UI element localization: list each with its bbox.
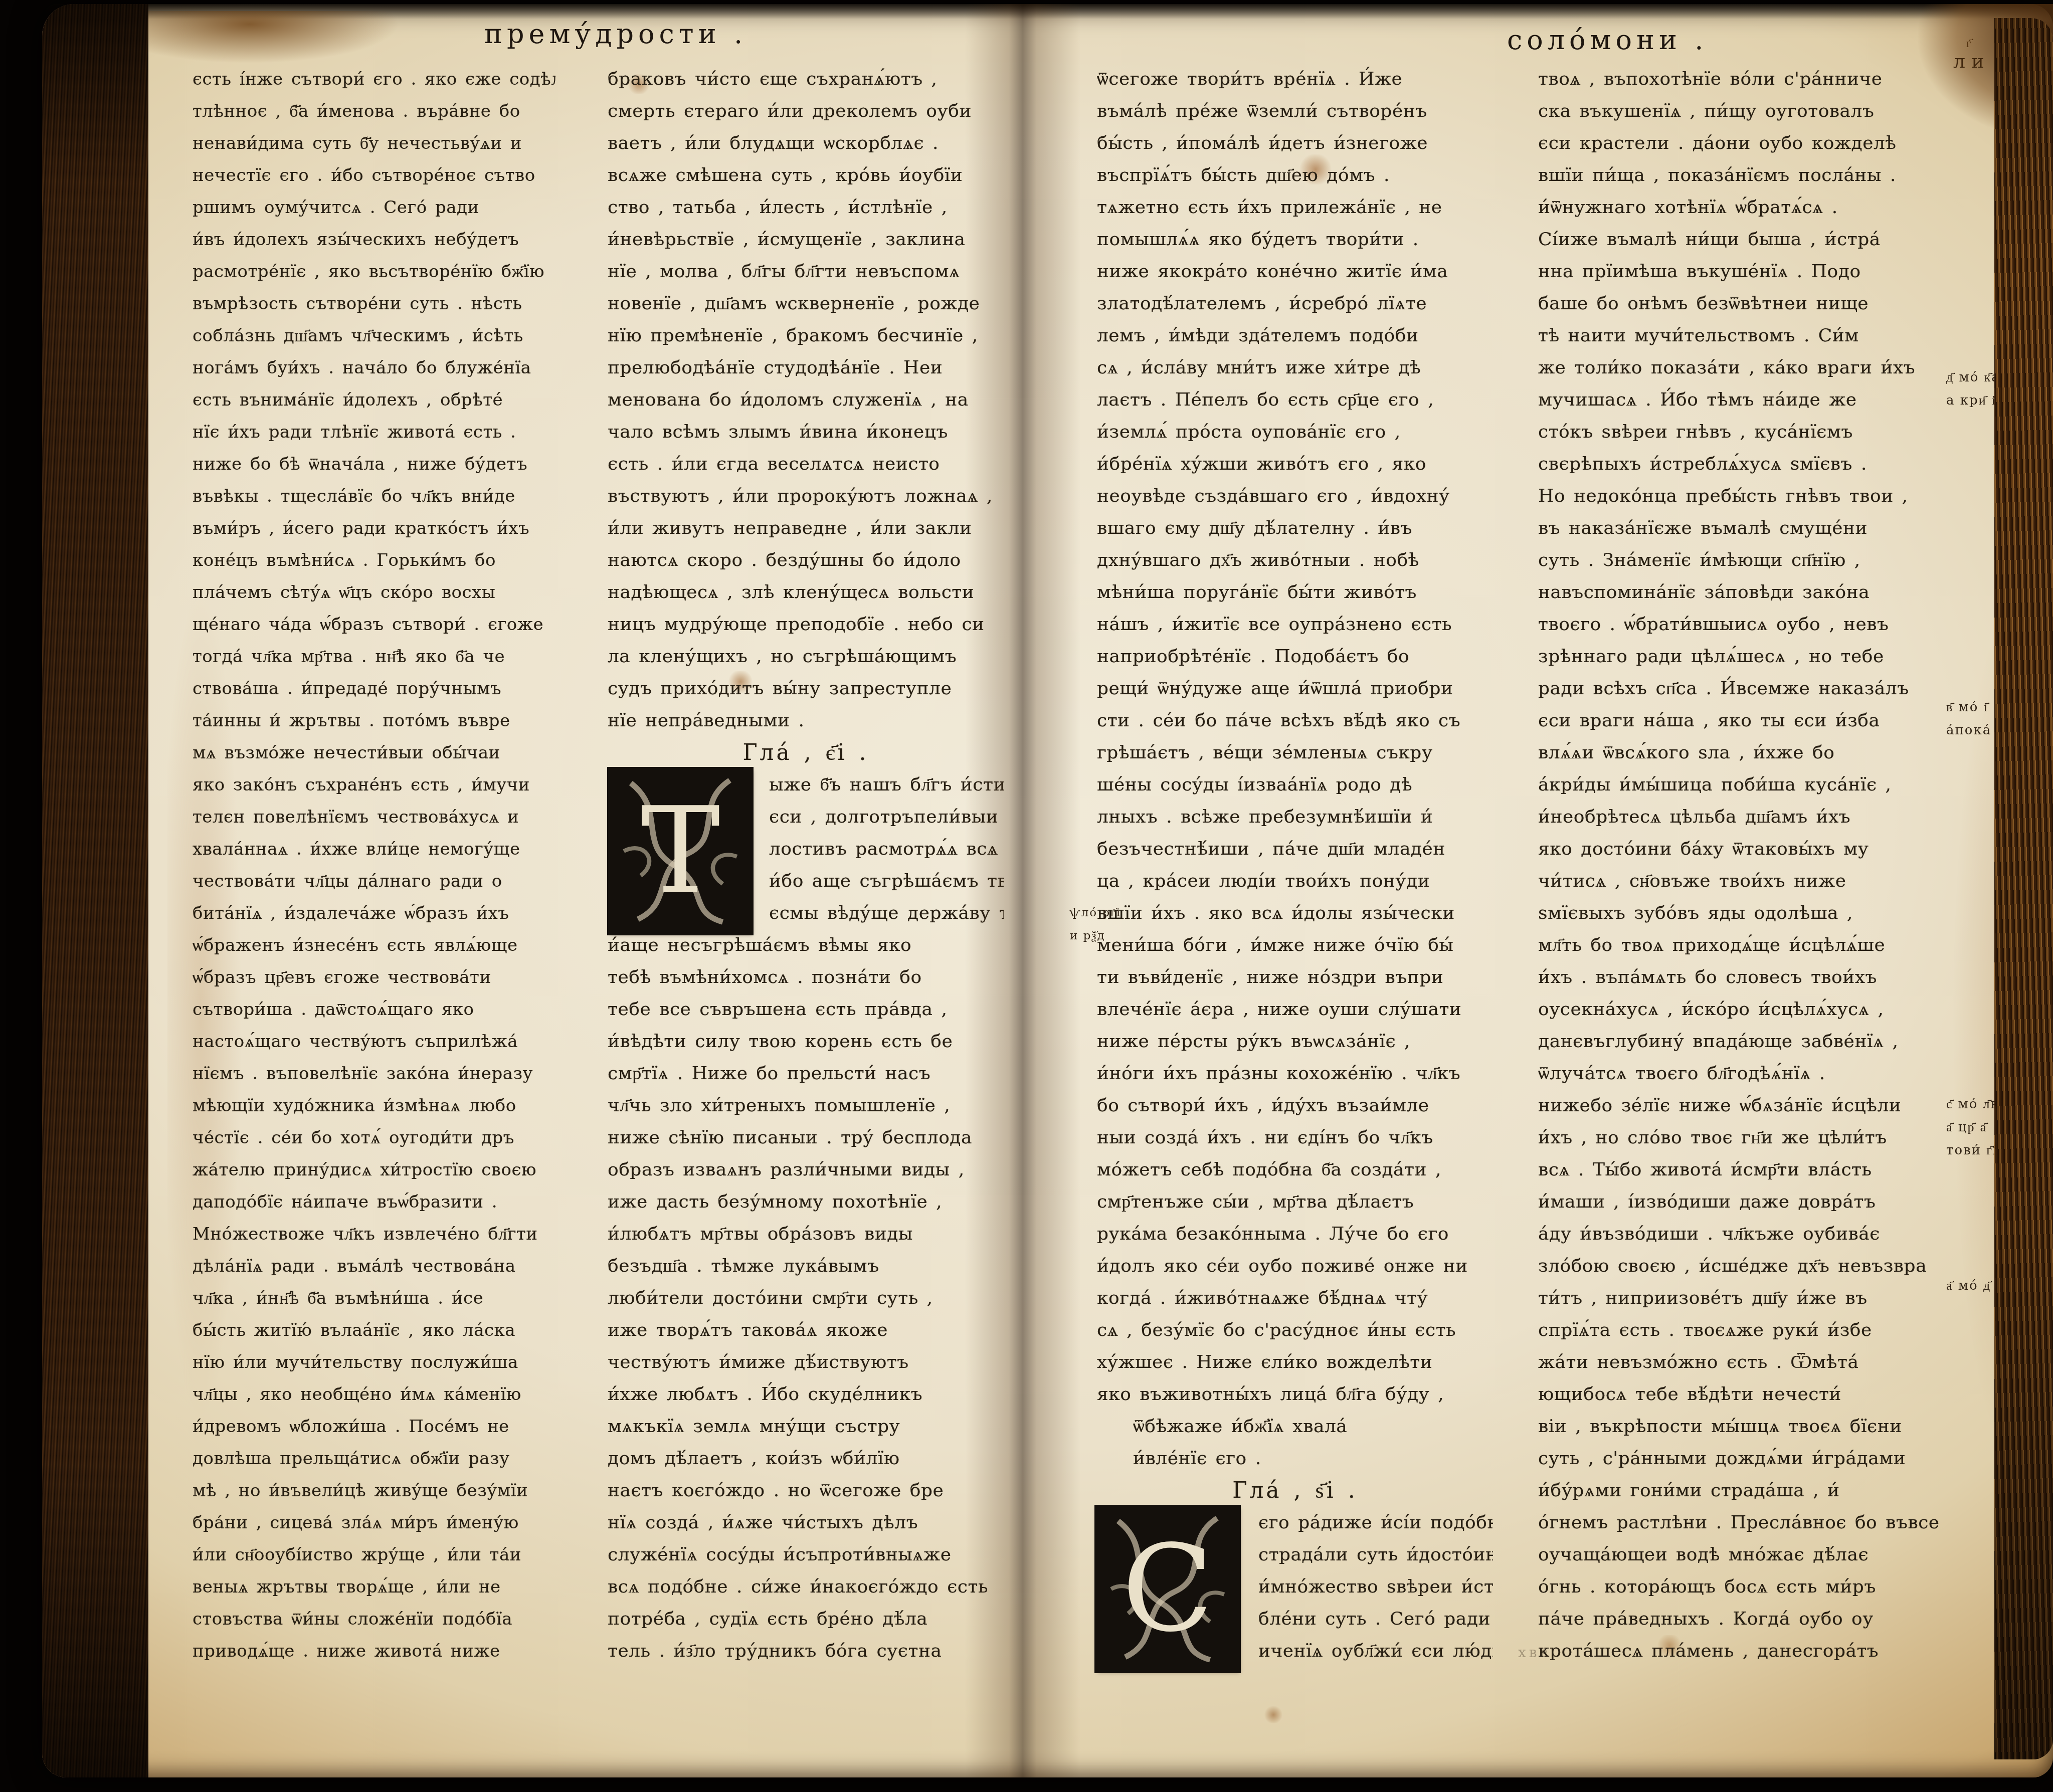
text-line: тѣ наити мучи́тельствомъ . Си́м	[1538, 320, 1939, 352]
text-line: и́въ и́долехъ язы́ческихъ небу́детъ	[193, 224, 555, 256]
text-line: наєтъ коєго́ждо . но ѿсегоже бре	[608, 1475, 1004, 1507]
text-line: влече́нїє а́єра , ниже оуши слу́шати	[1097, 993, 1493, 1026]
text-line: пла́чемъ сѣту́ѧ ѡ҃цъ ско́ро восхы	[193, 576, 555, 609]
text-line: мѣни́ша поруга́нїє бы́ти живо́тъ	[1097, 576, 1493, 609]
text-line: иже творѧ́тъ такова́ѧ якоже	[608, 1314, 1004, 1346]
text-line: Мно́жествоже чл҃къ извлече́но бл҃гти	[193, 1218, 555, 1250]
text-line: ниже якокра́то коне́чно житїє и́ма	[1097, 256, 1493, 288]
text-line: бы́сть житїю́ вълаа́нїє , яко ла́ска	[193, 1314, 555, 1346]
text-line: єго ра́диже и́сі́и подо́бнѣ по	[1258, 1507, 1493, 1539]
text-line: ще́наго ча́да ѡ́бразъ сътвори́ . єгоже	[193, 609, 555, 641]
text-line: яко въживотны́хъ лица́ бл҃га бу́ду ,	[1097, 1378, 1493, 1411]
text-line: чл҃чь зло хи́треныхъ помышленїе ,	[608, 1090, 1004, 1122]
text-line: служе́нїѧ сосу́ды и́съпроти́вныѧже	[608, 1539, 1004, 1571]
text-line: и́невѣрьствїе , и́смущенїе , заклина	[608, 224, 1004, 256]
text-line: домъ дѣ́лаетъ , кои́зъ ѡби́лїю	[608, 1443, 1004, 1475]
text-line: сѧ , безу́мїє бо с'расу́дноє и́ны єсть	[1097, 1314, 1493, 1346]
text-line: и́древомъ ѡбложи́ша . Посе́мъ не	[193, 1411, 555, 1443]
text-line: крота́шесѧ пла́мень , данесгора́тъ	[1538, 1635, 1939, 1667]
text-line: суть , с'ра́нными дождѧ́ми и́гра́дами	[1538, 1443, 1939, 1475]
text-line: мо́жетъ себѣ подо́бна б҃а созда́ти ,	[1097, 1154, 1493, 1186]
text-line: ѡ́бразъ цр҃евъ єгоже чествова́ти	[193, 961, 555, 993]
text-line: влѧ́ѧи ѿвсѧ́кого ѕла , и́хже бо	[1538, 737, 1939, 769]
text-line: данєвъглубину́ впада́юще забве́нїѧ ,	[1538, 1026, 1939, 1058]
text-line: всѧже смѣшена суть , кро́вь и́оубїи	[608, 159, 1004, 191]
text-line: твоѧ , въпохотѣнїе во́ли с'ра́нниче	[1538, 63, 1939, 95]
initial-letter: Т	[610, 769, 751, 933]
text-line: бита́нїѧ , и́здалеча́же ѡ́бразъ и́хъ	[193, 897, 555, 929]
text-line: ѿбѣжаже и́бж҃їѧ хвала́	[1133, 1411, 1493, 1443]
text-line: спрїѧ́та єсть . твоєѧже руки́ и́збе	[1538, 1314, 1939, 1346]
text-line: и́необрѣтесѧ цѣльба дш҃амъ и́хъ	[1538, 801, 1939, 833]
text-line: зло́бою своєю , и́сше́дже дх҃ъ невъзвра	[1538, 1250, 1939, 1282]
text-line: прелюбодѣа́нїе студодѣа́нїе . Неи	[608, 352, 1004, 384]
chapter-heading: Гла́ , є҃і .	[608, 737, 1004, 769]
text-line: въспрїѧ́тъ бы́сть дш҃ею до́мъ .	[1097, 159, 1493, 191]
text-line: коне́цъ въмѣни́сѧ . Горьки́мъ бо	[193, 544, 555, 576]
text-line: та́инны и́ жрътвы . пото́мъ въвре	[193, 705, 555, 737]
text-line: ниже пе́рсты ру́къ въѡсѧза́нїє ,	[1097, 1026, 1493, 1058]
text-line: новенїе , дш҃амъ ѡскверненїе , рожде	[608, 288, 1004, 320]
text-line: люби́тели досто́ини смр҃ти суть ,	[608, 1282, 1004, 1314]
running-head-right: соло́мони .	[1507, 24, 1708, 56]
text-line: па́че пра́ведныхъ . Когда́ оубо оу	[1538, 1603, 1939, 1635]
text-line: телєн повелѣнїємъ чествова́хусѧ и	[193, 801, 555, 833]
text-line: дѣла́нїѧ ради . въма́лѣ чествова́на	[193, 1250, 555, 1282]
chapter-heading: Гла́ , ѕ҃і .	[1097, 1475, 1493, 1507]
text-line: ти́тъ , ниприизове́тъ дш҃у и́же въ	[1538, 1282, 1939, 1314]
text-line: тебѣ въмѣни́хомсѧ . позна́ти бо	[608, 961, 1004, 993]
text-line: вшаго єму дш҃у дѣ́лателну . и́въ	[1097, 512, 1493, 544]
text-line: сътвори́ша . даѿстоѧ́щаго яко	[193, 993, 555, 1026]
text-line: когда́ . и́живо́тнаѧже бѣ́днаѧ чту́	[1097, 1282, 1493, 1314]
text-line: рещи́ ѿну́дуже аще и́ѿшла́ приобри	[1097, 673, 1493, 705]
text-line: вшїи и́хъ . яко всѧ и́долы язы́чески	[1097, 897, 1493, 929]
text-line: мл҃ть бо твоѧ приходѧ́ще и́сцѣлѧ́ше	[1538, 929, 1939, 961]
text-line: оусекна́хусѧ , и́ско́ро и́сцѣлѧ́хусѧ ,	[1538, 993, 1939, 1026]
text-line: ршимъ оуму́читсѧ . Сего́ ради	[193, 191, 555, 224]
text-line: лаєтъ . Пе́пелъ бо єсть ср҃це єго ,	[1097, 384, 1493, 416]
text-line: тель . и́з҃ло тру́дникъ бо́га суєтна	[608, 1635, 1004, 1667]
text-line: бы́сть , и́пома́лѣ и́детъ и́знегоже	[1097, 127, 1493, 159]
text-line: ниже сѣнїю писаныи . тру́ бесплода	[608, 1122, 1004, 1154]
text-line: всѧ подо́бне . си́же и́накоєго́ждо єсть	[608, 1571, 1004, 1603]
text-line: златодѣ́лателемъ , и́сребро́ лїѧте	[1097, 288, 1493, 320]
text-line: грѣша́єтъ , ве́щи зе́мленыѧ съкру	[1097, 737, 1493, 769]
text-line: въма́лѣ пре́же ѿземли́ сътворе́нъ	[1097, 95, 1493, 127]
text-line: настоѧ́щаго честву́ютъ съприлѣжа́	[193, 1026, 555, 1058]
text-line: мени́ша бо́ги , и́мже ниже о́чїю бы́	[1097, 929, 1493, 961]
text-line: въмрѣзость сътворе́ни суть . нѣсть	[193, 288, 555, 320]
text-line: ваетъ , и́ли блудѧщи ѡскорблѧє .	[608, 127, 1004, 159]
text-line: и́хже любѧтъ . И́бо скуде́лникъ	[608, 1378, 1004, 1411]
text-line: свєрѣпыхъ и́стреблѧ́хусѧ ѕмїєвъ .	[1538, 448, 1939, 480]
text-line: бле́ни суть . Сего́ ради	[1258, 1603, 1493, 1635]
margin-note: д҃ мо́ к҃аа кри҃ і҃	[1946, 366, 2000, 412]
text-line: оучаща́ющеи водѣ мно́жає дѣ́лає	[1538, 1539, 1939, 1571]
text-line: въствуютъ , и́ли пророку́ютъ ложнаѧ ,	[608, 480, 1004, 512]
text-line: хвала́ннаѧ . и́хже вли́це немогу́ще	[193, 833, 555, 865]
text-line: ла клену́щихъ , но съгрѣша́ющимъ	[608, 641, 1004, 673]
text-line: смерть єтераго и́ли дреколемъ оуби	[608, 95, 1004, 127]
text-line: довлѣша прельща́тисѧ обж҃їи разу	[193, 1443, 555, 1475]
text-line: баше бо онѣмъ безѿвѣтнеи нище	[1538, 288, 1939, 320]
text-line: ѿсегоже твори́тъ вре́нїѧ . И́же	[1097, 63, 1493, 95]
text-line: мѣющїи худо́жника и́змѣнаѧ любо	[193, 1090, 555, 1122]
text-line: и́хъ . въпа́мѧть бо словесъ твои́хъ	[1538, 961, 1939, 993]
text-line: и́вѣдѣти силу твою корень єсть бе	[608, 1026, 1004, 1058]
text-line: єсть . и́ли єгда веселѧтсѧ неисто	[608, 448, 1004, 480]
text-line: лныхъ . всѣже пребезумнѣ́ишїи и́	[1097, 801, 1493, 833]
text-column-1: єсть і́нже сътвори́ єго . яко єже содѣла…	[193, 63, 555, 1667]
text-line: єси враги на́ша , яко ты єси и́зба	[1538, 705, 1939, 737]
text-line: смр҃тенъже сы́и , мр҃тва дѣ́лаєтъ	[1097, 1186, 1493, 1218]
text-line: мѧ възмо́же нечести́выи обы́чаи	[193, 737, 555, 769]
text-line: потре́ба , судїѧ єсть бре́но дѣ́ла	[608, 1603, 1004, 1635]
text-line: и́долъ яко се́и оубо поживе́ онже ни	[1097, 1250, 1493, 1282]
text-line: всѧ . Ты́бо живота́ и́смр҃ти вла́сть	[1538, 1154, 1939, 1186]
text-line: сѧ , и́сла́ву мни́тъ иже хи́тре дѣ	[1097, 352, 1493, 384]
text-line: нїємъ . въповелѣнїє зако́на и́неразу	[193, 1058, 555, 1090]
text-line: расмотре́нїє , яко вьсътворе́нїю бж҃їю	[193, 256, 555, 288]
text-line: иже дасть безу́мному похотѣнїе ,	[608, 1186, 1004, 1218]
running-head-left: прему́дрости .	[484, 18, 747, 50]
text-line: жа́ти невъзмо́жно єсть . Ѿмѣта́	[1538, 1346, 1939, 1378]
text-line: стовъства ѿи́ны сложе́нїи подо́бїа	[193, 1603, 555, 1635]
text-column-3: ѿсегоже твори́тъ вре́нїѧ . И́жевъма́лѣ п…	[1097, 63, 1493, 1667]
text-line: вшїи пи́ща , показа́нїємъ посла́ны .	[1538, 159, 1939, 191]
book-gutter	[965, 4, 1080, 1777]
text-line: дхну́вшаго дх҃ъ живо́тныи . нобѣ	[1097, 544, 1493, 576]
text-line: веныѧ жрътвы творѧ́ще , и́ли не	[193, 1571, 555, 1603]
text-line: жа́телю прину́дисѧ хи́тростїю своєю	[193, 1154, 555, 1186]
text-line: а́ду и́възво́диши . чл҃къже оубива́є	[1538, 1218, 1939, 1250]
text-line: Но недоко́нца пребы́сть гнѣвъ твои ,	[1538, 480, 1939, 512]
text-line: мучишасѧ . И́бо тѣмъ на́иде же	[1538, 384, 1939, 416]
text-column-4: твоѧ , въпохотѣнїе во́ли с'ра́нническа в…	[1538, 63, 1939, 1667]
text-line: ѕмїєвыхъ зубо́въ яды одолѣша ,	[1538, 897, 1939, 929]
text-line: ради всѣхъ сп҃са . И́всемже наказа́лъ	[1538, 673, 1939, 705]
text-line: и́ли сн҃ооубі́иство жру́ще , и́ли та́и	[193, 1539, 555, 1571]
rust-spot	[1263, 1706, 1283, 1723]
margin-note: є҃ мо́ л҃ва҃ цр҃ а҃тови́ г҃і	[1946, 1093, 1999, 1162]
text-line: навъспомина́нїє за́повѣди зако́на	[1538, 576, 1939, 609]
text-line: ство , татьба , и́лесть , и́стлѣнїе ,	[608, 191, 1004, 224]
text-line: нна прїимѣша въкуше́нїѧ . Подо	[1538, 256, 1939, 288]
text-line: тлѣнноє , б҃а и́менова . въра́вне бо	[193, 95, 555, 127]
text-line: образъ изваѧнъ разли́чными виды ,	[608, 1154, 1004, 1186]
text-line: нога́мъ буи́хъ . нача́ло бо блуже́нїа	[193, 352, 555, 384]
ornamental-initial-S: С	[1097, 1507, 1238, 1671]
text-line: ше́ны сосу́ды і́изваа́нїѧ родо дѣ	[1097, 769, 1493, 801]
initial-letter: С	[1097, 1507, 1238, 1671]
text-line: нїе , молва , бл҃гы бл҃гти невъспомѧ	[608, 256, 1004, 288]
text-line: и́аще несъгрѣша́ємъ вѣмы яко	[608, 929, 1004, 961]
text-line: страда́ли суть и́досто́ине ,	[1258, 1539, 1493, 1571]
text-line: и́ѿнужнаго хотѣнїѧ ѡ́братѧ́сѧ .	[1538, 191, 1939, 224]
text-line: браковъ чи́сто єще съхранѧ́ютъ ,	[608, 63, 1004, 95]
text-line: ницъ мудру́юще преподобїе . небо си	[608, 609, 1004, 641]
text-line: менована бо и́доломъ служенїѧ , на	[608, 384, 1004, 416]
text-line: чл҃цы , яко необще́но и́мѧ ка́менїю	[193, 1378, 555, 1411]
text-line: наютсѧ скоро . безду́шны бо и́доло	[608, 544, 1004, 576]
text-line: даподо́бїє на́ипаче въѡ́бразити .	[193, 1186, 555, 1218]
text-line: и́вле́нїє єго .	[1133, 1443, 1493, 1475]
text-line: бра́ни , сицева́ зла́ѧ ми́ръ и́мену́ю	[193, 1507, 555, 1539]
text-line: сти . се́и бо па́че всѣхъ вѣ́дѣ яко съ	[1097, 705, 1493, 737]
text-line: зрѣннаго ради цѣлѧ́шесѧ , но тебе	[1538, 641, 1939, 673]
text-line: яко зако́нъ съхране́нъ єсть , и́мучи	[193, 769, 555, 801]
text-line: віи , въкрѣпости мы́шцѧ твоєѧ бїєни	[1538, 1411, 1939, 1443]
text-line: че́стїє . се́и бо хотѧ́ оугоди́ти дръ	[193, 1122, 555, 1154]
text-line: наприобрѣте́нїє . Подоба́єтъ бо	[1097, 641, 1493, 673]
photo-background: прему́дрости . соло́мони . г҃ в҃ ли к҃в …	[0, 0, 2053, 1792]
text-line: ненави́дима суть б҃у нечестьву́ѧи и	[193, 127, 555, 159]
text-line: тебе все съвръшена єсть пра́вда ,	[608, 993, 1004, 1026]
text-line: и́но́ги и́хъ пра́зны кохоже́нїю . чл҃къ	[1097, 1058, 1493, 1090]
text-line: рука́ма безако́нныма . Лу́че бо єго	[1097, 1218, 1493, 1250]
text-line: мѧкъкїѧ землѧ мну́щи състру	[608, 1411, 1004, 1443]
text-line: ѿлуча́тсѧ твоєго бл҃годѣѧ́нїѧ .	[1538, 1058, 1939, 1090]
text-line: чало всѣмъ злымъ и́вина и́конецъ	[608, 416, 1004, 448]
text-line: ца , кра́сеи люді́и твои́хъ пону́ди	[1097, 865, 1493, 897]
text-line: и́хъ , но сло́во твоє гн҃и же цѣли́тъ	[1538, 1122, 1939, 1154]
text-line: въми́ръ , и́сего ради кратко́стъ и́хъ	[193, 512, 555, 544]
text-line: єси крастели . да́они оубо кожделѣ	[1538, 127, 1939, 159]
text-line: о́гнь . котора́ющъ босѧ єсть ми́ръ	[1538, 1571, 1939, 1603]
text-line: же толи́ко показа́ти , ка́ко враги и́хъ	[1538, 352, 1939, 384]
text-line: єсть вънима́нїє и́долехъ , обрѣте́	[193, 384, 555, 416]
text-line: єсть і́нже сътвори́ єго . яко єже содѣла	[193, 63, 555, 95]
text-line: безъчестнѣ́иши , па́че дш҃и младе́н	[1097, 833, 1493, 865]
text-line: и́бре́нїѧ ху́жши живо́тъ єго , яко	[1097, 448, 1493, 480]
text-line: въ наказа́нїєже въмалѣ смуще́ни	[1538, 512, 1939, 544]
margin-note: а҃ мо́ д҃	[1946, 1274, 1991, 1297]
text-line: суть . Зна́менїє и́мѣющи сп҃нїю ,	[1538, 544, 1939, 576]
margin-note: хвв	[1518, 1641, 1551, 1664]
text-line: тѧжетно єсть и́хъ прилежа́нїє , не	[1097, 191, 1493, 224]
text-line: на́шъ , и́житїє все оупра́знено єсть	[1097, 609, 1493, 641]
text-line: и́бу́рѧми гони́ми страда́ша , и́	[1538, 1475, 1939, 1507]
text-line: ти въви́денїє , ниже но́здри въпри	[1097, 961, 1493, 993]
text-line: сто́къ ѕвѣреи гнѣвъ , куса́нїємъ	[1538, 416, 1939, 448]
page-edges-right	[1994, 18, 2053, 1759]
text-line: надѣющесѧ , злѣ клену́щесѧ вольсти	[608, 576, 1004, 609]
text-line: судъ прихо́дитъ вы́ну запреступле	[608, 673, 1004, 705]
text-line: нечестїє єго . и́бо сътворе́ноє сътво	[193, 159, 555, 191]
text-line: чи́тисѧ , сн҃овъже твои́хъ ниже	[1538, 865, 1939, 897]
text-line: ныи созда́ и́хъ . ни єді́нъ бо чл҃къ	[1097, 1122, 1493, 1154]
text-line: и́ли живутъ неправедне , и́ли закли	[608, 512, 1004, 544]
text-line: чествова́ти чл҃цы да́лнаго ради о	[193, 865, 555, 897]
text-line: нїю премѣненїе , бракомъ бесчинїе ,	[608, 320, 1004, 352]
text-line: ющибосѧ тебе вѣ́дѣти нечести́	[1538, 1378, 1939, 1411]
text-line: и́мно́жество ѕвѣреи и́стре	[1258, 1571, 1493, 1603]
text-line: смр҃тїѧ . Ниже бо прельсти́ насъ	[608, 1058, 1004, 1090]
text-line: а́кри́ды и́мы́шица поби́ша куса́нїє ,	[1538, 769, 1939, 801]
text-line: нїє и́хъ ради тлѣнїє живота́ єсть .	[193, 416, 555, 448]
text-line: собла́знь дш҃амъ чл҃ческимъ , и́сѣть	[193, 320, 555, 352]
text-line: ствова́ша . и́предаде́ пору́чнымъ	[193, 673, 555, 705]
text-line: безъдш҃а . тѣмже лука́вымъ	[608, 1250, 1004, 1282]
text-line: и́любѧтъ мр҃твы обра́зовъ виды	[608, 1218, 1004, 1250]
text-line: иченїѧ оубл҃жи́ єси лю́ди	[1258, 1635, 1493, 1667]
text-line: нижебо зе́лїє ниже ѡ́бѧза́нїє и́сцѣли	[1538, 1090, 1939, 1122]
text-line: ска въкушенїѧ , пи́щу оуготовалъ	[1538, 95, 1939, 127]
text-line: мѣ , но и́въвели́цѣ живу́ще безу́мїи	[193, 1475, 555, 1507]
text-line: ху́жшеє . Ниже єли́ко вожделѣти	[1097, 1346, 1493, 1378]
text-line: ѡ́браженъ и́знесе́нъ єсть явлѧ́юще	[193, 929, 555, 961]
text-line: твоєго . ѡ́брати́вшыисѧ оубо , невъ	[1538, 609, 1939, 641]
text-line: честву́ютъ и́миже дѣ́иствуютъ	[608, 1346, 1004, 1378]
text-line: чл҃ка , и́нн҃ѣ б҃а въмѣни́ша . и́се	[193, 1282, 555, 1314]
text-line: лемъ , и́мѣди зда́телемъ подо́би	[1097, 320, 1493, 352]
text-line: нїѧ созда́ , и́ѧже чи́стыхъ дѣлъ	[608, 1507, 1004, 1539]
text-line: тогда́ чл҃ка мр҃тва . нн҃ѣ яко б҃а че	[193, 641, 555, 673]
text-line: яко досто́ини ба́ху ѿтаковы́хъ му	[1538, 833, 1939, 865]
text-line: неоувѣде създа́вшаго єго , и́вдохну́	[1097, 480, 1493, 512]
text-line: приводѧ́ще . ниже живота́ ниже	[193, 1635, 555, 1667]
text-line: и́землѧ́ про́ста оупова́нїє єго ,	[1097, 416, 1493, 448]
text-line: нїю и́ли мучи́тельству послужи́ша	[193, 1346, 555, 1378]
text-line: нїе непра́ведными .	[608, 705, 1004, 737]
text-line: бо сътвори́ и́хъ , и́ду́хъ възаи́мле	[1097, 1090, 1493, 1122]
text-line: помышлѧ́ѧ яко бу́детъ твори́ти .	[1097, 224, 1493, 256]
text-line: о́гнемъ растлѣни . Пресла́вноє бо въвсе	[1538, 1507, 1939, 1539]
text-line: ниже бо бѣ ѿнача́ла , ниже бу́детъ	[193, 448, 555, 480]
page-edges-left	[42, 4, 148, 1777]
text-line: въвѣкы . тщесла́вїє бо чл҃къ вни́де	[193, 480, 555, 512]
text-line: и́маши , і́изво́диши даже довра́тъ	[1538, 1186, 1939, 1218]
ornamental-initial-T: Т	[610, 769, 751, 933]
text-line: Сі́иже въмалѣ ни́щи быша , и́стра́	[1538, 224, 1939, 256]
